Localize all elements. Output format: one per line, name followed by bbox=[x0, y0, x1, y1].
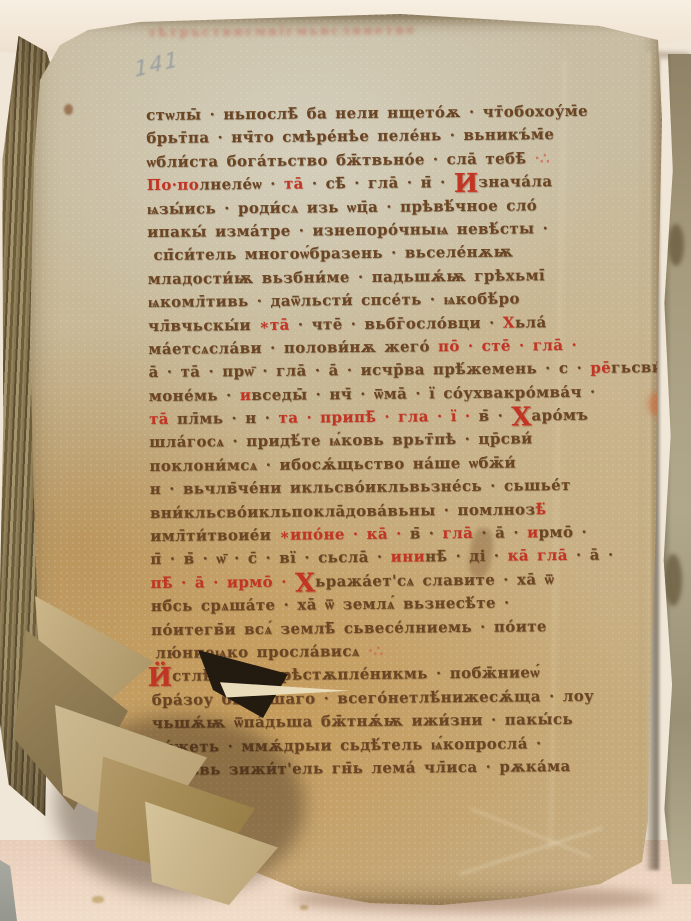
rubric-text: ·∴ bbox=[534, 149, 550, 167]
rubric-text: Х bbox=[503, 313, 515, 331]
rubric-text: и bbox=[240, 386, 252, 404]
rubric-text: По·по bbox=[147, 176, 200, 195]
ink-text: чл̄вчьскы́и bbox=[148, 315, 259, 334]
ink-text: пл̄мь · н · bbox=[169, 409, 279, 428]
ink-text: ипакы́ изма́тре · изнепоро́чныѩ невѣ́сты… bbox=[147, 219, 548, 241]
ink-text: аро́мъ bbox=[531, 406, 588, 425]
stain-speck bbox=[64, 104, 73, 115]
ink-text: лнеле́ѡ · bbox=[199, 175, 284, 194]
ink-text: гьсви́ bbox=[611, 358, 663, 376]
parchment-crumb bbox=[92, 896, 104, 903]
rubric-text: ·∴ bbox=[368, 642, 384, 660]
binding-edge bbox=[656, 54, 691, 884]
ink-text: поклони́мсѧ · ибосѫ́щьство на́ше ѡбж̄и́ bbox=[149, 453, 516, 475]
ink-text: сп̄си́тель многоѡ́бразень · вьселе́нѫѭ bbox=[153, 243, 513, 264]
ink-text: в̄ · bbox=[402, 524, 443, 542]
ink-text: ѡбли́ста бога́тьство бж̄твьно́е · сла̄ т… bbox=[146, 149, 534, 171]
ink-text: рмо̄ · bbox=[538, 523, 587, 541]
rubric-text: по̄ · сте̄ · гла̄ · bbox=[438, 336, 577, 355]
ink-text: ѩзы́ись · роди́сѧ изь ѡц̄а · прѣвѣ́чное … bbox=[147, 196, 537, 218]
rubric-text: ѣ̈ bbox=[535, 500, 546, 518]
ink-text: ьла́ bbox=[515, 313, 547, 331]
ink-text: ьража́ет'сѧ славите · ха̄ ѿ bbox=[315, 570, 554, 590]
ink-text: лю́ниеѩко просла́висѧ bbox=[155, 642, 368, 662]
ink-text: по́итегв̄и всѧ́ землѣ̄ сьвесе́лниемь · п… bbox=[151, 617, 547, 639]
rubric-text: ка̄ гла̄ bbox=[508, 546, 568, 565]
ink-text: брьт̄па · нч̄то смѣре́нѣе пеле́нь · вьни… bbox=[146, 125, 554, 147]
ink-text: нб̄сь срѧша́те · ха̄ ѿ землѧ́ вьзнесѣ́те… bbox=[151, 594, 510, 615]
ink-text: знача́ла bbox=[478, 172, 552, 191]
ink-text: вседы̄ · нч̄ · ѿма̄ · ї со́ухвакро́мва́ч… bbox=[251, 382, 595, 403]
rubric-text: и bbox=[527, 523, 539, 541]
rubric-text: та̄ bbox=[149, 410, 169, 428]
rubric-text: ини bbox=[391, 548, 426, 566]
text-line: п̄ · в̄ · ѡ̄ · с̄ · вї · сьсла̄ · ининѣ̄… bbox=[150, 543, 662, 571]
rubric-text: ∗ипо́не · ка̄ · bbox=[279, 525, 402, 544]
ink-text: в̄ · bbox=[470, 407, 511, 425]
rubric-text: ре̄ bbox=[590, 359, 611, 377]
ink-text: вни́кльсво́икльпокла̄дова́вьны · помлноз bbox=[150, 500, 536, 522]
ink-text: · а̄ · bbox=[568, 546, 614, 564]
ink-text: имл̄ти́твоие́и bbox=[150, 526, 279, 545]
rubric-text: пѣ̄ · а̄ · ирмо̄ · bbox=[151, 572, 295, 591]
rubric-text: гла̄ bbox=[442, 524, 473, 542]
ink-text: ма́етсѧсла́ви · полови́нѫ жего́ bbox=[148, 337, 438, 358]
ink-text: · чте̄ · вьбг̄осло́вци · bbox=[290, 313, 503, 333]
ink-text: нѣ̄ · ді · bbox=[425, 547, 508, 566]
binding-knot bbox=[664, 554, 682, 606]
rubric-text: та̄ bbox=[284, 175, 304, 193]
ink-text: н · вьчлв̄че́ни икльсво́икльвьзне́сь · с… bbox=[150, 476, 571, 498]
parchment-crumb bbox=[300, 905, 308, 910]
binding-knot bbox=[668, 224, 684, 266]
manuscript-photo: тѣтръствнємвїгмьвслвнетве 141 стѡлы̄ · н… bbox=[0, 0, 691, 921]
ink-text: · сѣ̄ · гла̄ · н̄ · bbox=[304, 173, 454, 192]
rubric-text: та · припѣ̄ · гла · ї · bbox=[278, 407, 470, 427]
ink-text: моне́мь · bbox=[149, 386, 240, 405]
ink-text: ѩкомл̄тивь · даѿльсти́ спсе́ть · ѩкобѣ́р… bbox=[148, 290, 520, 312]
rubric-text: ∗та̄ bbox=[259, 315, 290, 333]
ink-text: стѡлы̄ · ньпослѣ̄ ба нели нщето́ѫ · чт̄о… bbox=[146, 102, 588, 124]
ink-text: шла́госѧ · придѣ́те ѩ́ковь врьт̄пѣ · цр̄… bbox=[149, 430, 533, 452]
ink-text: п̄ · в̄ · ѡ̄ · с̄ · вї · сьсла̄ · bbox=[150, 548, 390, 568]
ink-text: младости́ѭ вьзбни́ме · падьшѫ́ѭ грѣхьмі̄ bbox=[148, 266, 546, 288]
ink-text: а̄ · та̄ · прѡ̄ · гла̄ · а̄ · исчр̄ва пр… bbox=[148, 359, 590, 381]
ink-text: · а̄ · bbox=[473, 523, 527, 542]
